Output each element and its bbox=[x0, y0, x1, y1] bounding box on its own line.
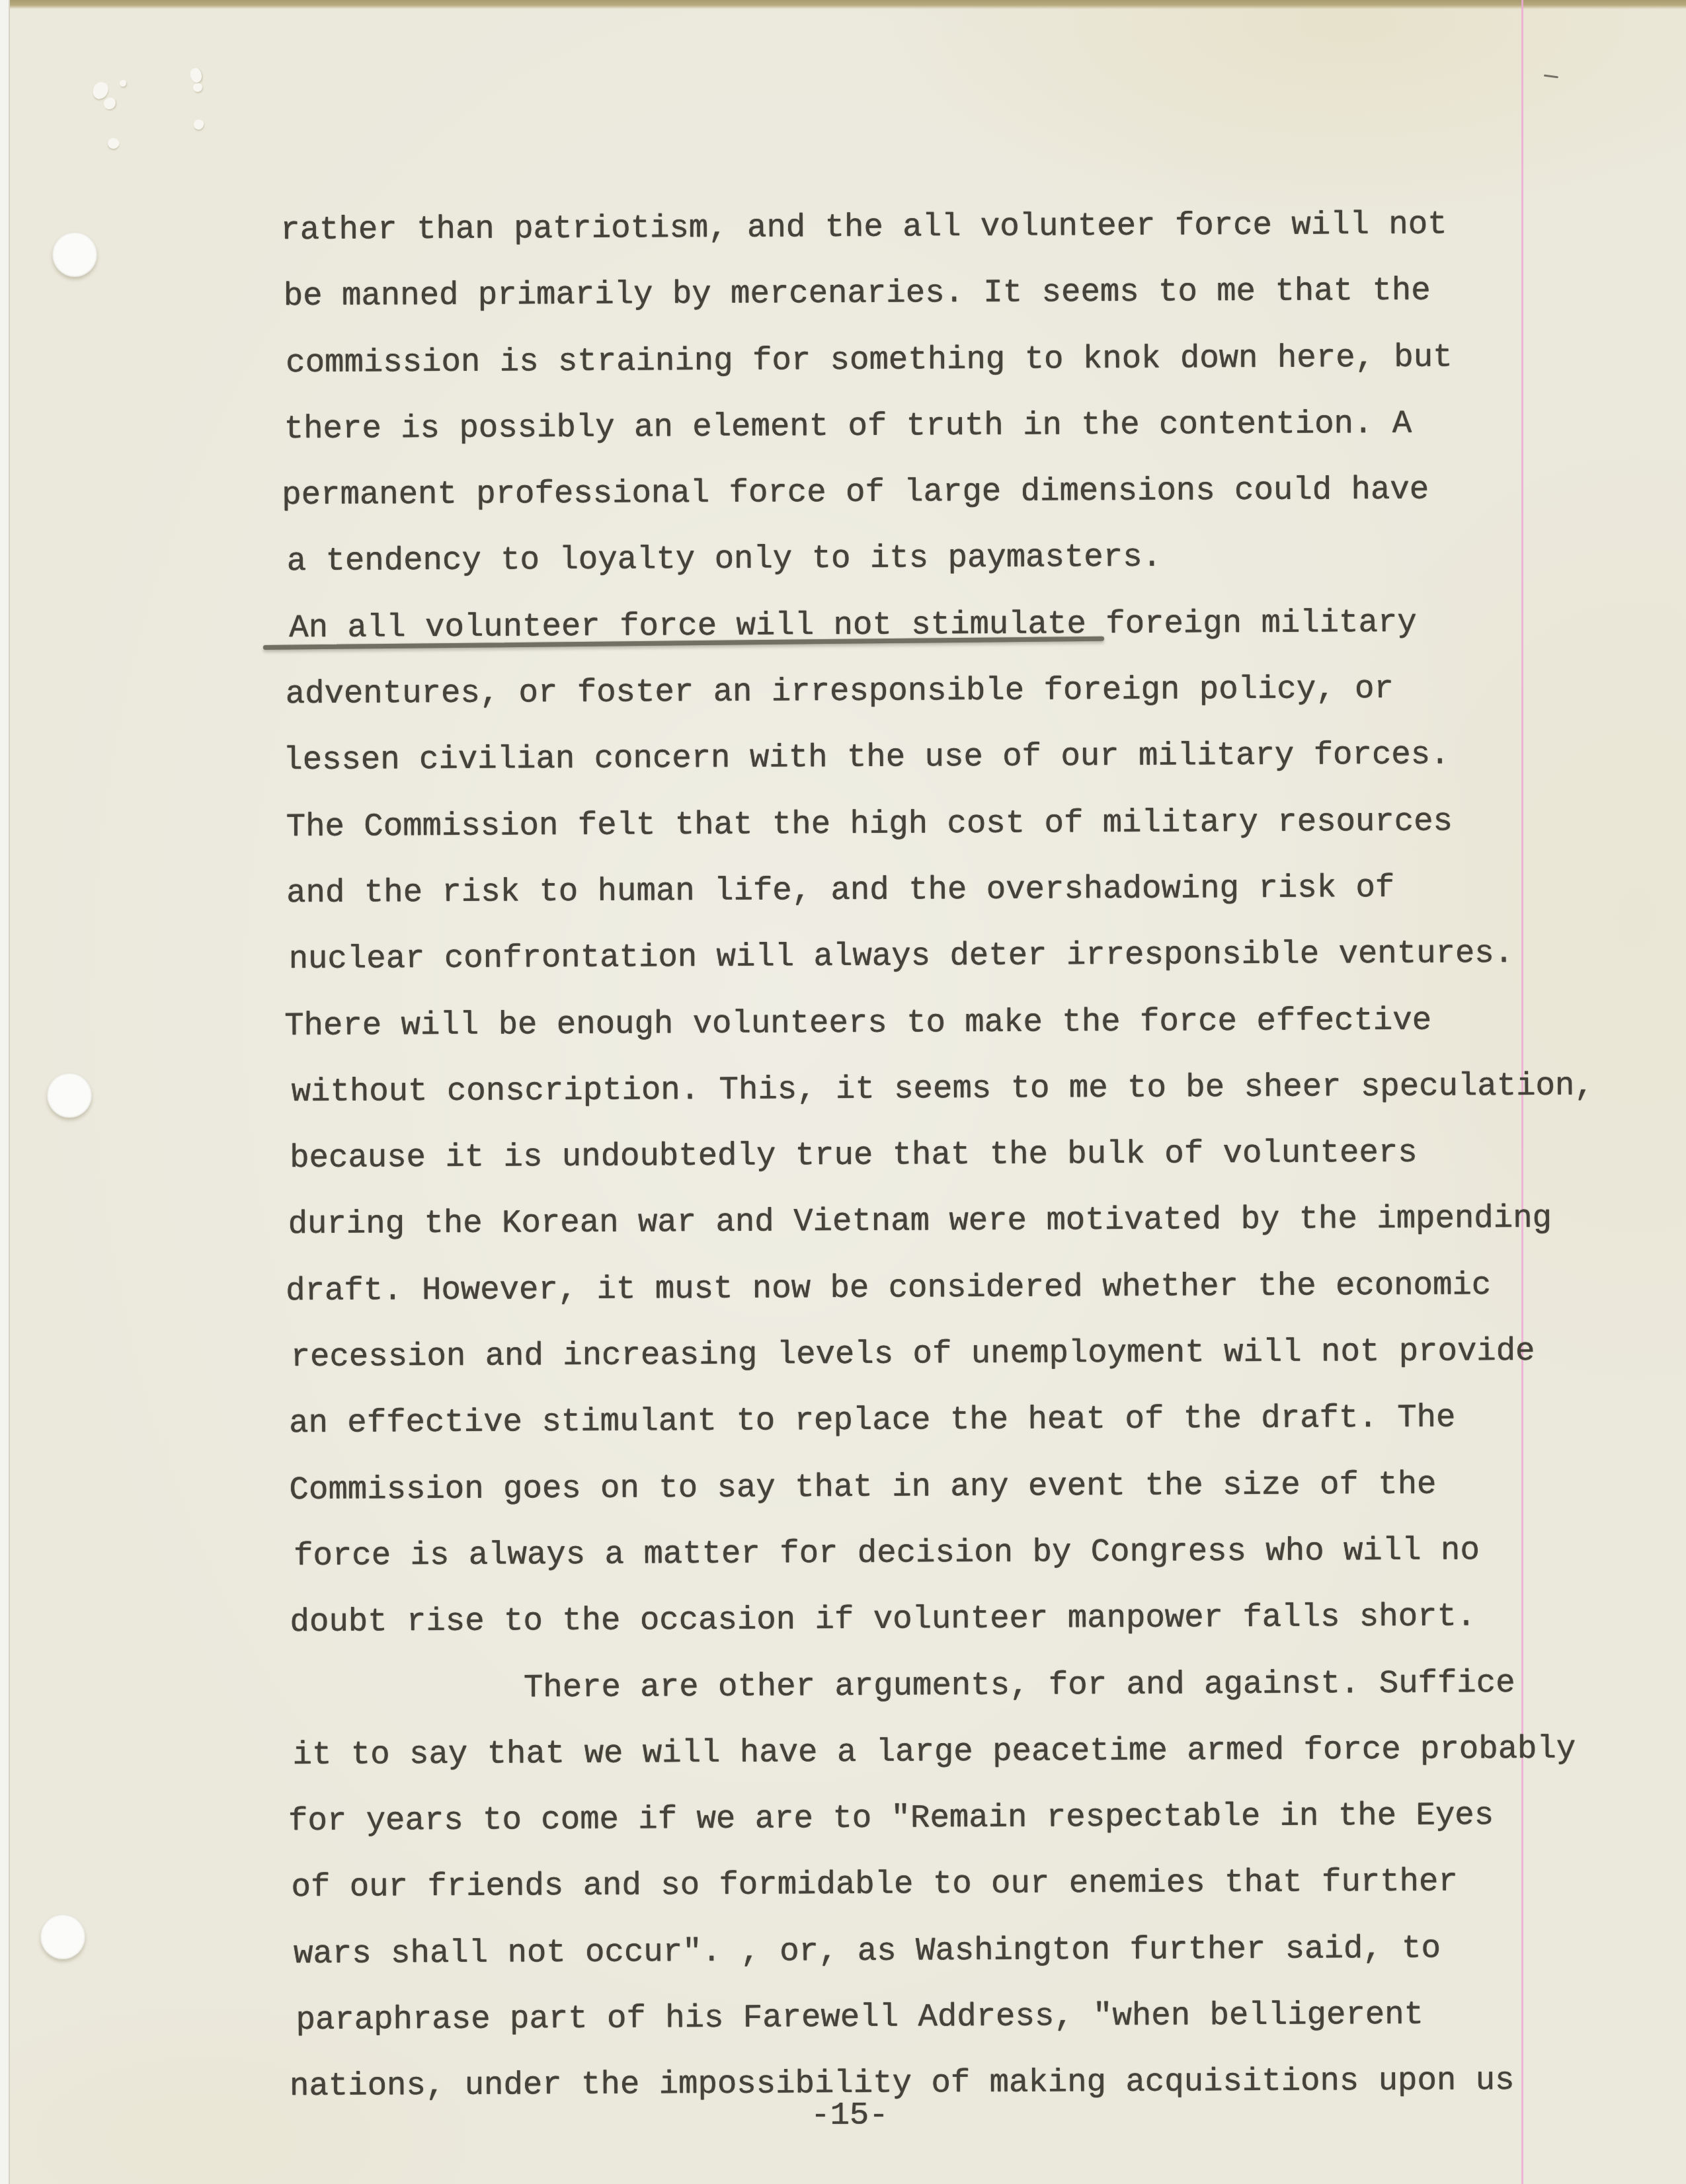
paper-speck bbox=[193, 119, 204, 130]
text-line: permanent professional force of large di… bbox=[282, 455, 1644, 528]
text-line: of our friends and so formidable to our … bbox=[291, 1848, 1653, 1920]
text-line: doubt rise to the occasion if volunteer … bbox=[290, 1582, 1652, 1655]
text-line: for years to come if we are to "Remain r… bbox=[288, 1781, 1650, 1854]
text-line: wars shall not occur". , or, as Washingt… bbox=[294, 1914, 1656, 1987]
text-line: nuclear confrontation will always deter … bbox=[288, 919, 1650, 992]
punch-hole-top bbox=[52, 232, 97, 277]
scan-top-edge bbox=[0, 0, 1686, 9]
text-line: be manned primarily by mercenaries. It s… bbox=[283, 256, 1645, 329]
paper-speck bbox=[188, 67, 204, 84]
text-line: force is always a matter for decision by… bbox=[294, 1516, 1656, 1589]
text-line: lessen civilian concern with the use of … bbox=[283, 721, 1645, 793]
text-line: during the Korean war and Vietnam were m… bbox=[288, 1185, 1650, 1257]
text-line: recession and increasing levels of unemp… bbox=[290, 1317, 1652, 1390]
text-line: there is possibly an element of truth in… bbox=[284, 389, 1646, 462]
punch-hole-middle bbox=[47, 1073, 92, 1118]
document-text: rather than patriotism, and the all volu… bbox=[283, 190, 1654, 2120]
text-line: An all volunteer force will not stimulat… bbox=[289, 588, 1651, 661]
text-line: There will be enough volunteers to make … bbox=[284, 986, 1646, 1059]
text-line: Commission goes on to say that in any ev… bbox=[289, 1450, 1651, 1523]
text-line: commission is straining for something to… bbox=[286, 323, 1648, 396]
text-line: an effective stimulant to replace the he… bbox=[289, 1384, 1651, 1456]
text-line: rather than patriotism, and the all volu… bbox=[280, 190, 1642, 263]
text-line: draft. However, it must now be considere… bbox=[286, 1251, 1648, 1324]
paper-speck bbox=[102, 97, 116, 110]
text-line: nations, under the impossibility of maki… bbox=[290, 2047, 1652, 2119]
text-line: There are other arguments, for and again… bbox=[290, 1649, 1652, 1721]
text-line: adventures, or foster an irresponsible f… bbox=[285, 654, 1647, 727]
text-line: because it is undoubtedly true that the … bbox=[290, 1118, 1652, 1191]
paper-speck bbox=[193, 83, 202, 92]
text-line: and the risk to human life, and the over… bbox=[286, 853, 1648, 926]
stray-pencil-mark bbox=[1544, 75, 1558, 79]
scanned-document-page: rather than patriotism, and the all volu… bbox=[0, 0, 1686, 2184]
text-line: without conscription. This, it seems to … bbox=[291, 1052, 1653, 1125]
text-line: The Commission felt that the high cost o… bbox=[286, 787, 1648, 860]
text-line: paraphrase part of his Farewell Address,… bbox=[296, 1980, 1658, 2053]
text-line: a tendency to loyalty only to its paymas… bbox=[286, 522, 1648, 594]
text-line: it to say that we will have a large peac… bbox=[292, 1715, 1654, 1788]
scan-left-edge bbox=[0, 0, 10, 2184]
paper-speck bbox=[120, 80, 126, 87]
page-number: -15- bbox=[811, 2097, 889, 2134]
punch-hole-bottom bbox=[40, 1914, 85, 1959]
paper-speck bbox=[106, 136, 121, 151]
